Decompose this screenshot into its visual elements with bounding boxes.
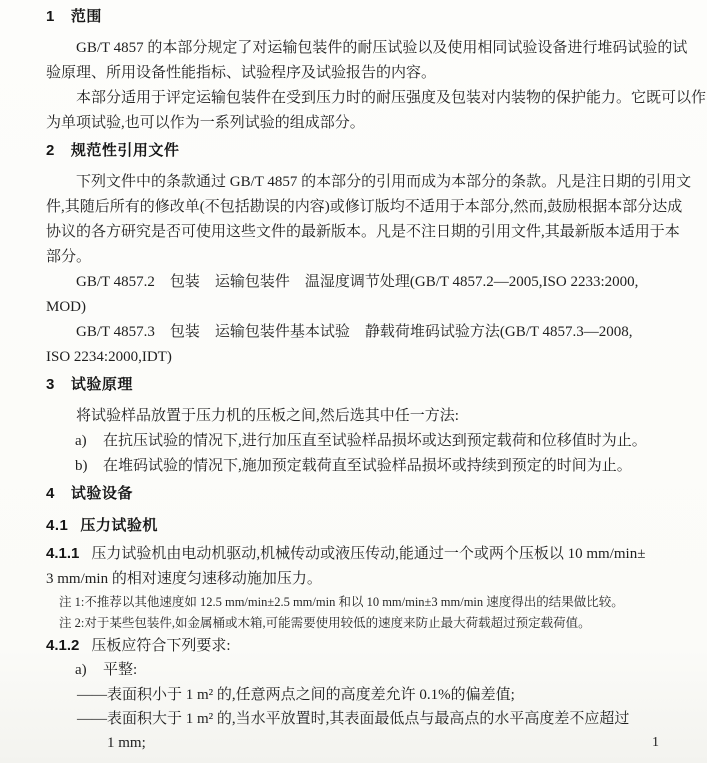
- body-line: 协议的各方研究是否可使用这些文件的最新版本。凡是不注日期的引用文件,其最新版本适…: [46, 220, 662, 245]
- section-number: 3: [46, 372, 55, 398]
- list-item-text: 在堆码试验的情况下,施加预定载荷直至试验样品损坏或持续到预定的时间为止。: [103, 454, 662, 479]
- body-line: 本部分适用于评定运输包装件在受到压力时的耐压强度及包装对内装物的保护能力。它既可…: [46, 86, 662, 111]
- section-normative-references: 2规范性引用文件 下列文件中的条款通过 GB/T 4857 的本部分的引用而成为…: [46, 138, 662, 370]
- section-test-equipment: 4试验设备 4.1压力试验机 4.1.1压力试验机由电动机驱动,机械传动或液压传…: [46, 481, 662, 755]
- section-heading-scope: 1范围: [46, 4, 662, 30]
- document-page: 1范围 GB/T 4857 的本部分规定了对运输包装件的耐压试验以及使用相同试验…: [0, 0, 707, 763]
- subsection-heading-press-machine: 4.1压力试验机: [46, 513, 662, 539]
- page-number: 1: [652, 730, 659, 755]
- section-scope: 1范围 GB/T 4857 的本部分规定了对运输包装件的耐压试验以及使用相同试验…: [46, 4, 662, 136]
- reference-line: MOD): [46, 295, 662, 320]
- clause-text: 压板应符合下列要求:: [91, 638, 230, 654]
- reference-line: ISO 2234:2000,IDT): [46, 345, 662, 370]
- reference-entry: GB/T 4857.3 包装 运输包装件基本试验 静载荷堆码试验方法(GB/T …: [46, 320, 662, 370]
- body-line: GB/T 4857 的本部分规定了对运输包装件的耐压试验以及使用相同试验设备进行…: [46, 36, 662, 61]
- body-line: 为单项试验,也可以作为一系列试验的组成部分。: [46, 111, 662, 136]
- clause-412-block: 4.1.2压板应符合下列要求: a) 平整: ——表面积小于 1 m² 的,任意…: [46, 634, 662, 755]
- note-line: 注 2:对于某些包装件,如金属桶或木箱,可能需要使用较低的速度来防止最大荷载超过…: [46, 613, 662, 634]
- clause-number: 4.1.1: [46, 541, 79, 566]
- body-line: 下列文件中的条款通过 GB/T 4857 的本部分的引用而成为本部分的条款。凡是…: [46, 170, 662, 195]
- list-item-a: a) 在抗压试验的情况下,进行加压直至试验样品损坏或达到预定载荷和位移值时为止。: [46, 429, 662, 454]
- dash-item-continuation: 1 mm;: [46, 731, 662, 755]
- section-number: 2: [46, 138, 55, 164]
- body-line: 验原理、所用设备性能指标、试验程序及试验报告的内容。: [46, 61, 662, 86]
- list-item-label: a): [75, 429, 103, 454]
- section-title: 规范性引用文件: [71, 142, 180, 159]
- list-item-text: 在抗压试验的情况下,进行加压直至试验样品损坏或达到预定载荷和位移值时为止。: [103, 429, 662, 454]
- reference-entry: GB/T 4857.2 包装 运输包装件 温湿度调节处理(GB/T 4857.2…: [46, 270, 662, 320]
- subsection-number: 4.1: [46, 513, 68, 539]
- section-title: 试验设备: [71, 485, 133, 502]
- list-item-label: a): [75, 658, 103, 683]
- note-line: 注 1:不推荐以其他速度如 12.5 mm/min±2.5 mm/min 和以 …: [46, 592, 662, 613]
- body-line: 将试验样品放置于压力机的压板之间,然后选其中任一方法:: [46, 404, 662, 429]
- list-item-label: b): [75, 454, 103, 479]
- clause-text: 压力试验机由电动机驱动,机械传动或液压传动,能通过一个或两个压板以 10 mm/…: [91, 546, 645, 562]
- section-number: 1: [46, 4, 55, 30]
- section-title: 试验原理: [71, 376, 133, 393]
- dash-item-line: ——表面积小于 1 m² 的,任意两点之间的高度差允许 0.1%的偏差值;: [46, 683, 662, 707]
- clause-line: 3 mm/min 的相对速度匀速移动施加压力。: [46, 567, 662, 592]
- section-heading-normative-references: 2规范性引用文件: [46, 138, 662, 164]
- section-title: 范围: [71, 8, 102, 25]
- section-test-principle: 3试验原理 将试验样品放置于压力机的压板之间,然后选其中任一方法: a) 在抗压…: [46, 372, 662, 479]
- clause-line: 4.1.2压板应符合下列要求:: [46, 634, 662, 658]
- list-item-a: a) 平整:: [46, 658, 662, 683]
- section-heading-test-principle: 3试验原理: [46, 372, 662, 398]
- clause-number: 4.1.2: [46, 634, 79, 658]
- clause-line: 4.1.1压力试验机由电动机驱动,机械传动或液压传动,能通过一个或两个压板以 1…: [46, 541, 662, 567]
- dash-item-line: ——表面积大于 1 m² 的,当水平放置时,其表面最低点与最高点的水平高度差不应…: [46, 707, 662, 731]
- body-line: 部分。: [46, 245, 662, 270]
- list-item-text: 平整:: [103, 658, 662, 683]
- reference-line: GB/T 4857.3 包装 运输包装件基本试验 静载荷堆码试验方法(GB/T …: [46, 320, 662, 345]
- section-heading-test-equipment: 4试验设备: [46, 481, 662, 507]
- reference-line: GB/T 4857.2 包装 运输包装件 温湿度调节处理(GB/T 4857.2…: [46, 270, 662, 295]
- body-line: 件,其随后所有的修改单(不包括勘误的内容)或修订版均不适用于本部分,然而,鼓励根…: [46, 195, 662, 220]
- section-number: 4: [46, 481, 55, 507]
- list-item-b: b) 在堆码试验的情况下,施加预定载荷直至试验样品损坏或持续到预定的时间为止。: [46, 454, 662, 479]
- subsection-title: 压力试验机: [80, 517, 158, 534]
